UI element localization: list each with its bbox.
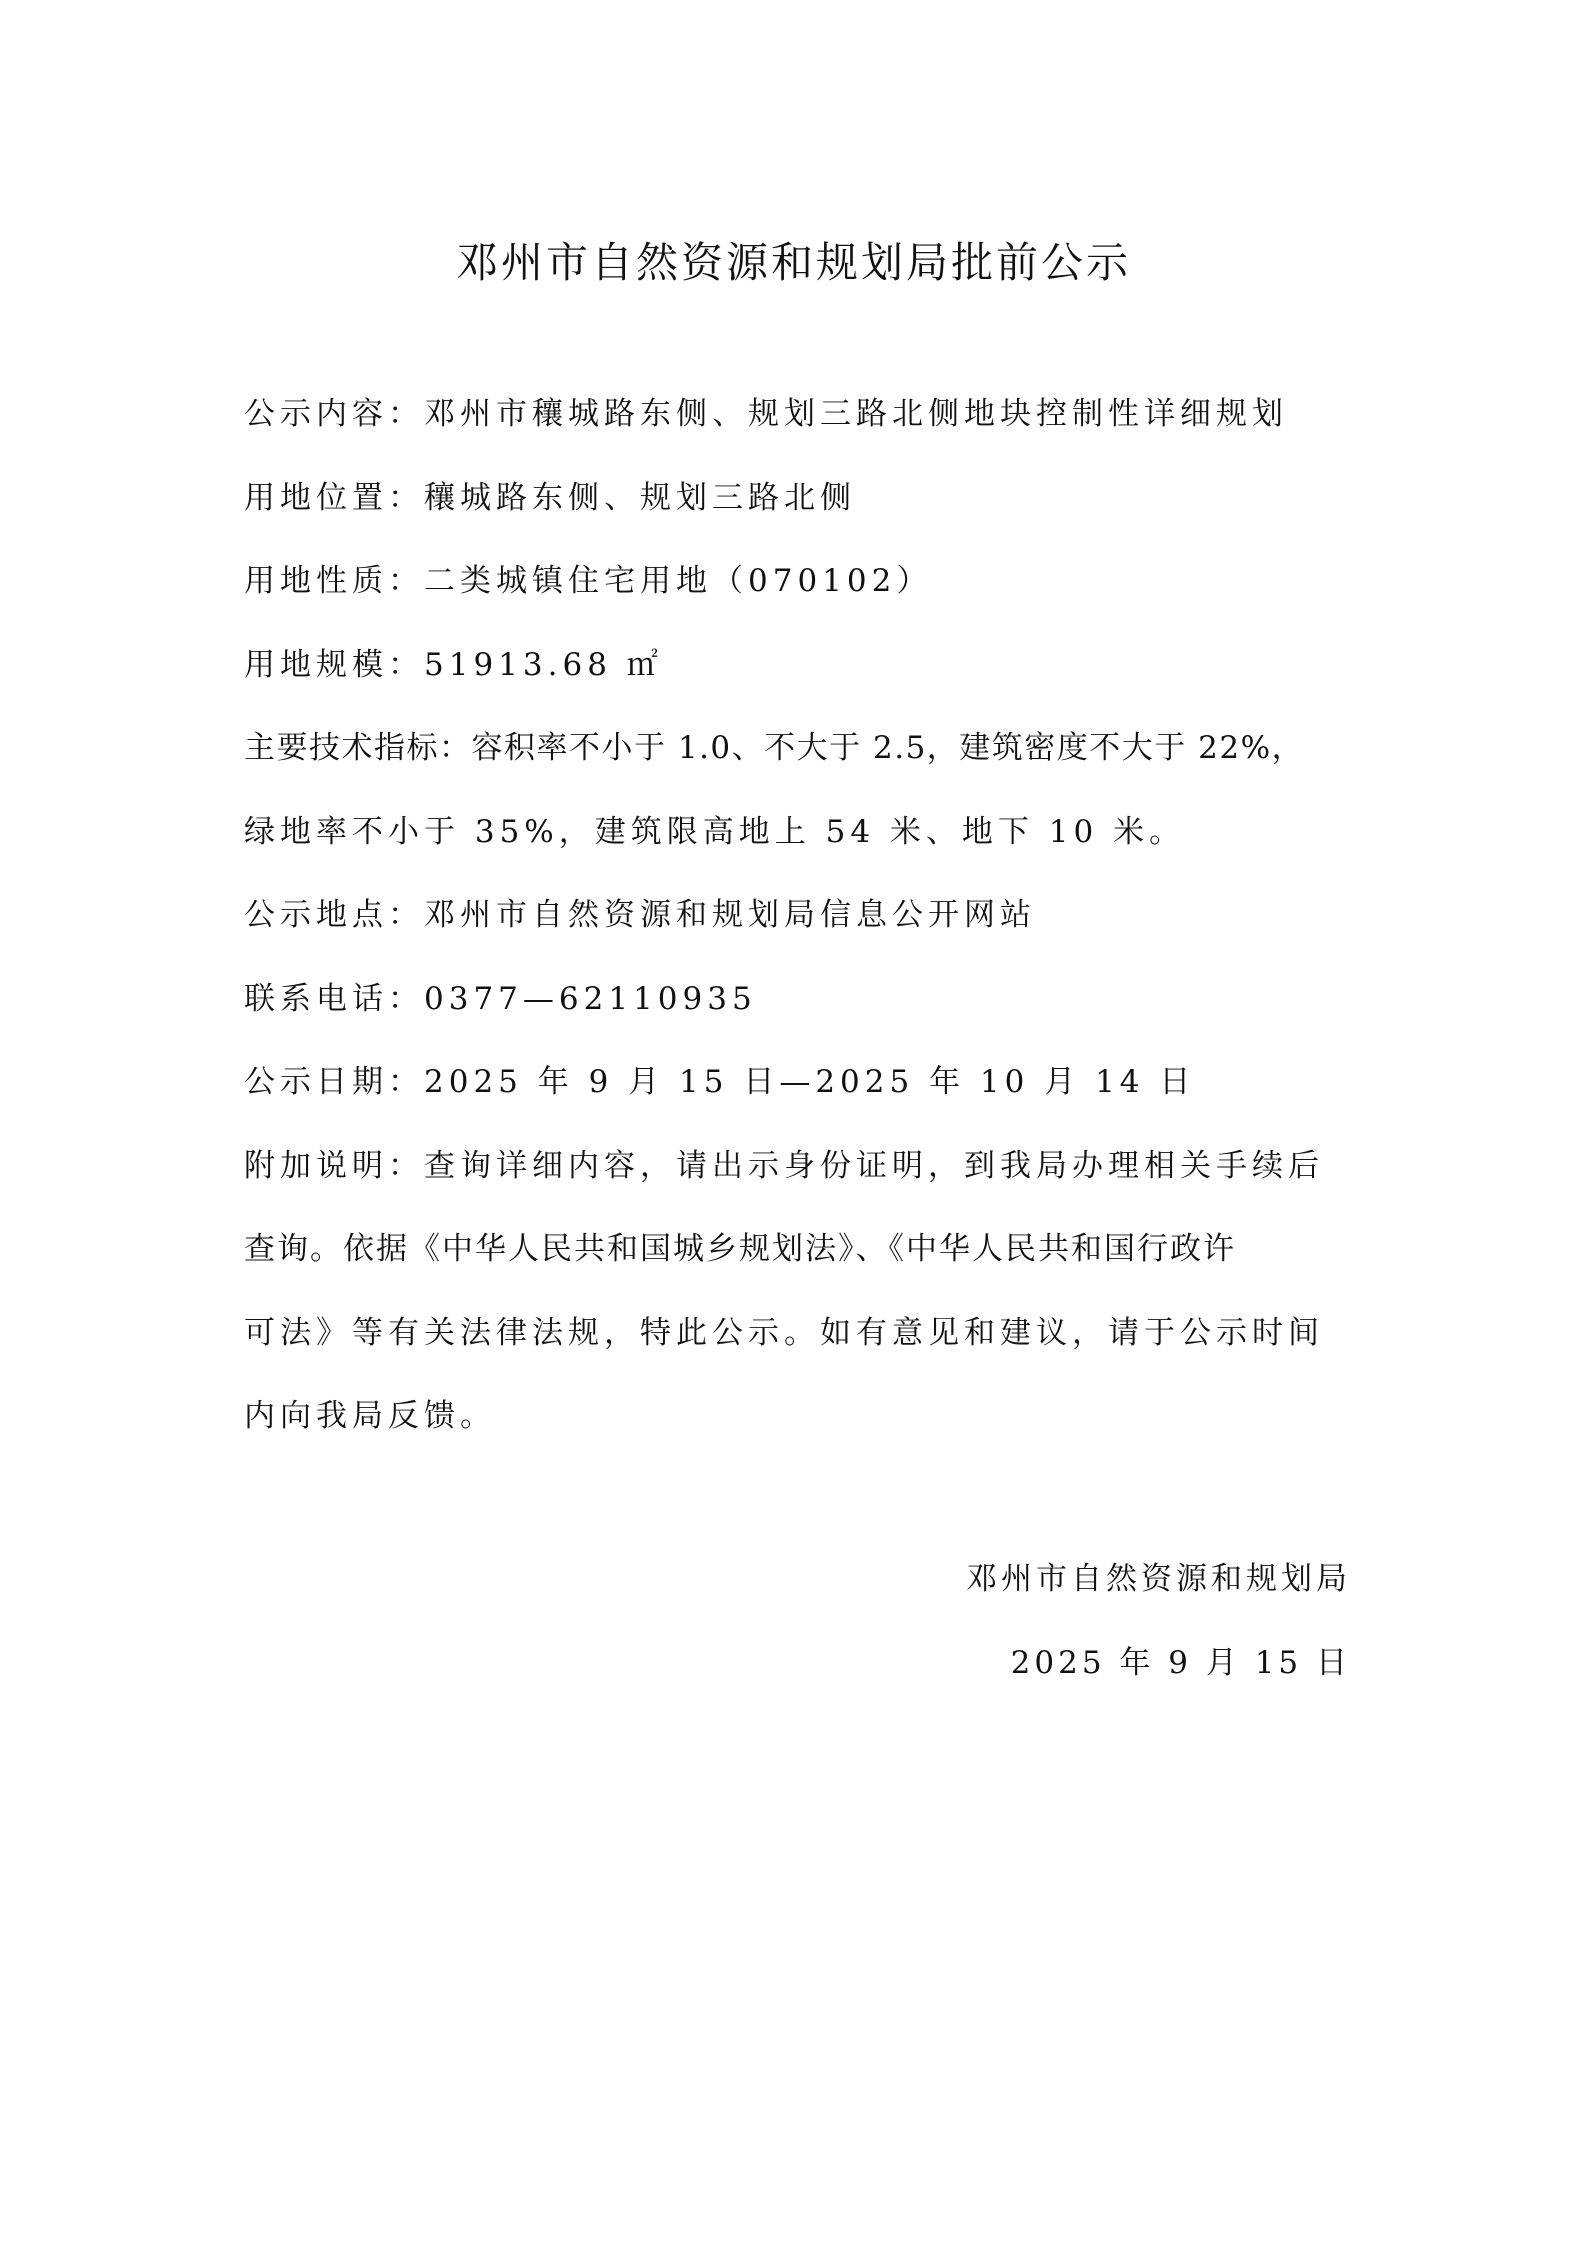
line-remarks: 附加说明：查询详细内容，请出示身份证明，到我局办理相关手续后 <box>244 1125 1354 1209</box>
page-title: 邓州市自然资源和规划局批前公示 <box>0 233 1587 293</box>
field-label: 用地位置： <box>244 480 424 516</box>
line-notice-date: 公示日期：2025 年 9 月 15 日—2025 年 10 月 14 日 <box>244 1041 1354 1125</box>
field-value: 2025 年 9 月 15 日—2025 年 10 月 14 日 <box>424 1064 1195 1100</box>
line-remarks-cont-3: 内向我局反馈。 <box>244 1375 1354 1459</box>
line-notice-place: 公示地点：邓州市自然资源和规划局信息公开网站 <box>244 874 1354 958</box>
field-label: 用地性质： <box>244 563 424 599</box>
line-land-area: 用地规模：51913.68 ㎡ <box>244 624 1354 708</box>
notice-body: 公示内容：邓州市穰城路东侧、规划三路北侧地块控制性详细规划 用地位置：穰城路东侧… <box>244 373 1354 1459</box>
field-label: 公示日期： <box>244 1064 424 1100</box>
field-value: 容积率不小于 1.0、不大于 2.5，建筑密度不大于 22%， <box>472 730 1305 766</box>
signature-organization: 邓州市自然资源和规划局 <box>966 1553 1351 1598</box>
field-value: 邓州市自然资源和规划局信息公开网站 <box>424 897 1036 933</box>
line-remarks-cont-1: 查询。依据《中华人民共和国城乡规划法》、《中华人民共和国行政许 <box>244 1208 1354 1292</box>
field-value: 51913.68 ㎡ <box>424 647 663 683</box>
field-value: 查询。依据《中华人民共和国城乡规划法》、《中华人民共和国行政许 <box>244 1231 1236 1267</box>
signature-date: 2025 年 9 月 15 日 <box>1011 1637 1351 1682</box>
field-value: 查询详细内容，请出示身份证明，到我局办理相关手续后 <box>424 1148 1324 1184</box>
field-label: 联系电话： <box>244 981 424 1017</box>
line-indicators: 主要技术指标：容积率不小于 1.0、不大于 2.5，建筑密度不大于 22%， <box>244 707 1354 791</box>
field-label: 公示内容： <box>244 396 424 432</box>
field-value: 绿地率不小于 35%，建筑限高地上 54 米、地下 10 米。 <box>244 814 1185 850</box>
line-remarks-cont-2: 可法》等有关法律法规，特此公示。如有意见和建议，请于公示时间 <box>244 1292 1354 1376</box>
field-label: 用地规模： <box>244 647 424 683</box>
field-label: 附加说明： <box>244 1148 424 1184</box>
line-land-use: 用地性质：二类城镇住宅用地（070102） <box>244 540 1354 624</box>
line-indicators-cont: 绿地率不小于 35%，建筑限高地上 54 米、地下 10 米。 <box>244 791 1354 875</box>
field-value: 邓州市穰城路东侧、规划三路北侧地块控制性详细规划 <box>424 396 1288 432</box>
line-location: 用地位置：穰城路东侧、规划三路北侧 <box>244 457 1354 541</box>
field-label: 公示地点： <box>244 897 424 933</box>
field-value: 内向我局反馈。 <box>244 1398 496 1434</box>
field-value: 穰城路东侧、规划三路北侧 <box>424 480 856 516</box>
field-value: 可法》等有关法律法规，特此公示。如有意见和建议，请于公示时间 <box>244 1315 1324 1351</box>
field-value: 二类城镇住宅用地（070102） <box>424 563 932 599</box>
field-label: 主要技术指标： <box>244 730 472 766</box>
field-value: 0377—62110935 <box>424 981 757 1017</box>
line-content: 公示内容：邓州市穰城路东侧、规划三路北侧地块控制性详细规划 <box>244 373 1354 457</box>
document-page: 邓州市自然资源和规划局批前公示 公示内容：邓州市穰城路东侧、规划三路北侧地块控制… <box>0 0 1587 2245</box>
line-phone: 联系电话：0377—62110935 <box>244 958 1354 1042</box>
